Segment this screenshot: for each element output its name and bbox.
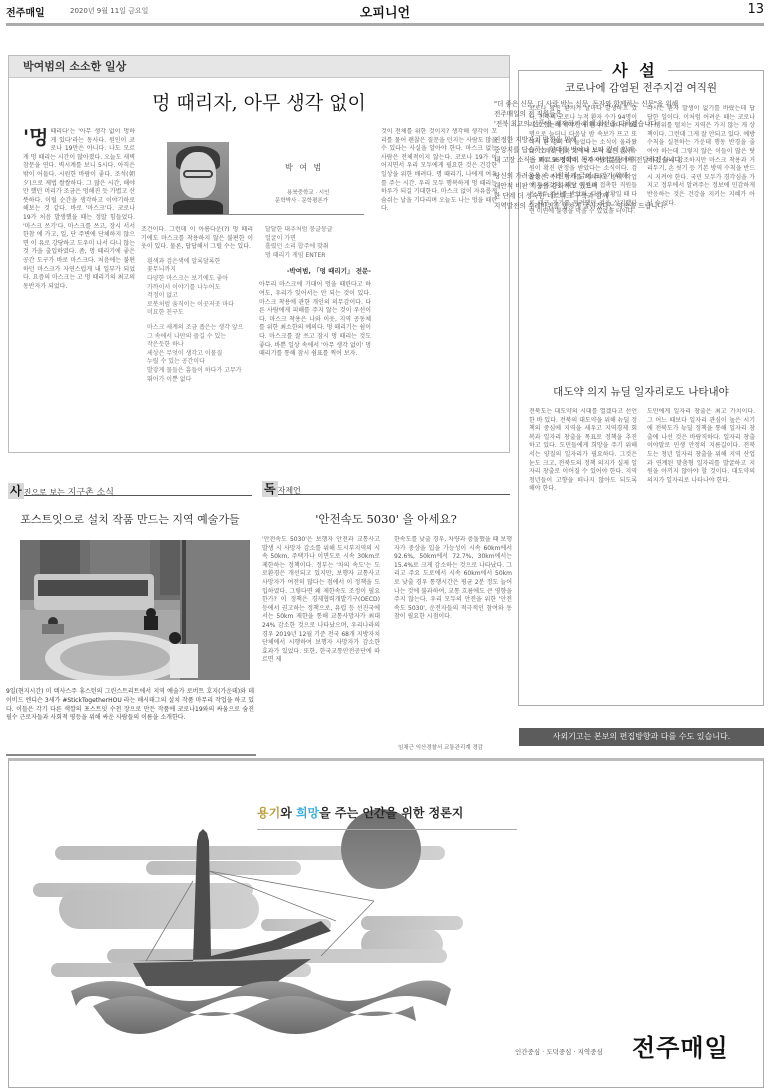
- column-essay: 박여범의 소소한 일상 멍 때리자, 아무 생각 없이 박 여 범 용북중학교 …: [8, 55, 510, 453]
- author-portrait-icon: [167, 142, 229, 215]
- newspaper-logo: 전주매일: [632, 1028, 729, 1063]
- photo-caption: 9일(현지시간) 미 텍사스주 휴스턴의 그린스트리트에서 지역 예술가 로버트…: [6, 688, 254, 723]
- promo-motto: 인간중심 · 도덕중심 · 지역중심: [515, 1047, 603, 1056]
- photo-news-title[interactable]: 포스트잇으로 설치 작품 만드는 지역 예술가들: [8, 511, 252, 527]
- editorial-title-2[interactable]: 대도약 의지 뉴딜 일자리로도 나타내야: [519, 384, 763, 399]
- promo-headline: 용기와 희망을 주는 인간을 위한 정론지: [257, 804, 517, 830]
- page-number: 13: [747, 2, 764, 17]
- promo-body: "더 좋은 신문, 더 사랑 받는 신문, 독자와 함께하는 신문"을 위해전주…: [494, 99, 752, 217]
- essay-column-1: '멍 때리다'는 '아무 생각 없이 멍하게 있다'라는 동사다. 원인이 코로…: [23, 128, 135, 446]
- column-series-label: 박여범의 소소한 일상: [9, 56, 509, 78]
- section-title: 오피니언: [6, 2, 764, 21]
- masthead-rule: [6, 23, 764, 26]
- dropcap: '멍: [23, 128, 48, 146]
- author-role: 문학박사 · 문학평론가: [275, 196, 328, 204]
- ship-sun-waves-illustration-icon: [21, 791, 501, 1091]
- essay-column-4: 것이 전체를 위한 것이지? 생각해 생각이 꼬리를 물어 괜찮은 질문을 던지…: [381, 128, 497, 446]
- poem-excerpt: 흰색과 검은색에 알록달록한꽃무늬까지 다양한 마스크는 보기에도 좋아가까이서…: [147, 258, 253, 384]
- essay-column-3: 달달한 대추처럼 뭉글뭉글얼굴이 가면 흘렸던 소리 합주에 맞춰멍 때리기 게…: [259, 226, 371, 446]
- street-art-photo-icon: [20, 540, 250, 680]
- reader-column-1: '안전속도 5030'은 보행자 안전과 교통사고 발생 시 사망자 감소를 위…: [262, 536, 380, 748]
- column-title[interactable]: 멍 때리자, 아무 생각 없이: [9, 88, 509, 115]
- essay-column-2: 조건이다. 그런데 이 아름다운(?) 멍 때리기에도 마스크를 착용하지 않은…: [141, 226, 253, 446]
- poem-source: -박여범, 「멍 때리기」 전문-: [259, 266, 371, 275]
- poem-excerpt: 달달한 대추처럼 뭉글뭉글얼굴이 가면 흘렸던 소리 합주에 맞춰멍 때리기 게…: [265, 226, 371, 260]
- reader-column-section-header: 독자제언: [262, 478, 510, 495]
- disclaimer-banner: 사외기고는 본보의 편집방향과 다를 수도 있습니다.: [519, 728, 764, 746]
- author-name: 박 여 범: [285, 162, 323, 173]
- masthead: 전주매일 2020년 9월 11일 금요일 오피니언 13: [6, 0, 764, 24]
- photo-news-section-header: 사진으로 보는 지구촌 소식: [8, 480, 252, 496]
- author-divider: [169, 214, 364, 215]
- author-role: 용북중학교 · 시인: [287, 188, 329, 196]
- editorial-title-1[interactable]: 코로나에 감염된 전주지검 여직원: [519, 80, 763, 95]
- reader-byline: 임채근 익산경찰서 교통관리계 경감: [398, 743, 483, 751]
- reader-column-title[interactable]: '안전속도 5030' 을 아세요?: [262, 511, 510, 527]
- reader-column-2: 한속도를 낮출 경우, 차량과 충돌했을 때 보행자가 중상을 입을 가능성이 …: [394, 536, 512, 740]
- editorial-2-column-2: 도민에게 일자리 창출은 최고 가치이다. 그 어느 때보다 일자리 관심이 높…: [647, 408, 755, 698]
- editorial-2-column-1: 전북도는 대도약의 시대를 열겠다고 선언 한 바 있다. 전북의 대도약을 위…: [529, 408, 637, 698]
